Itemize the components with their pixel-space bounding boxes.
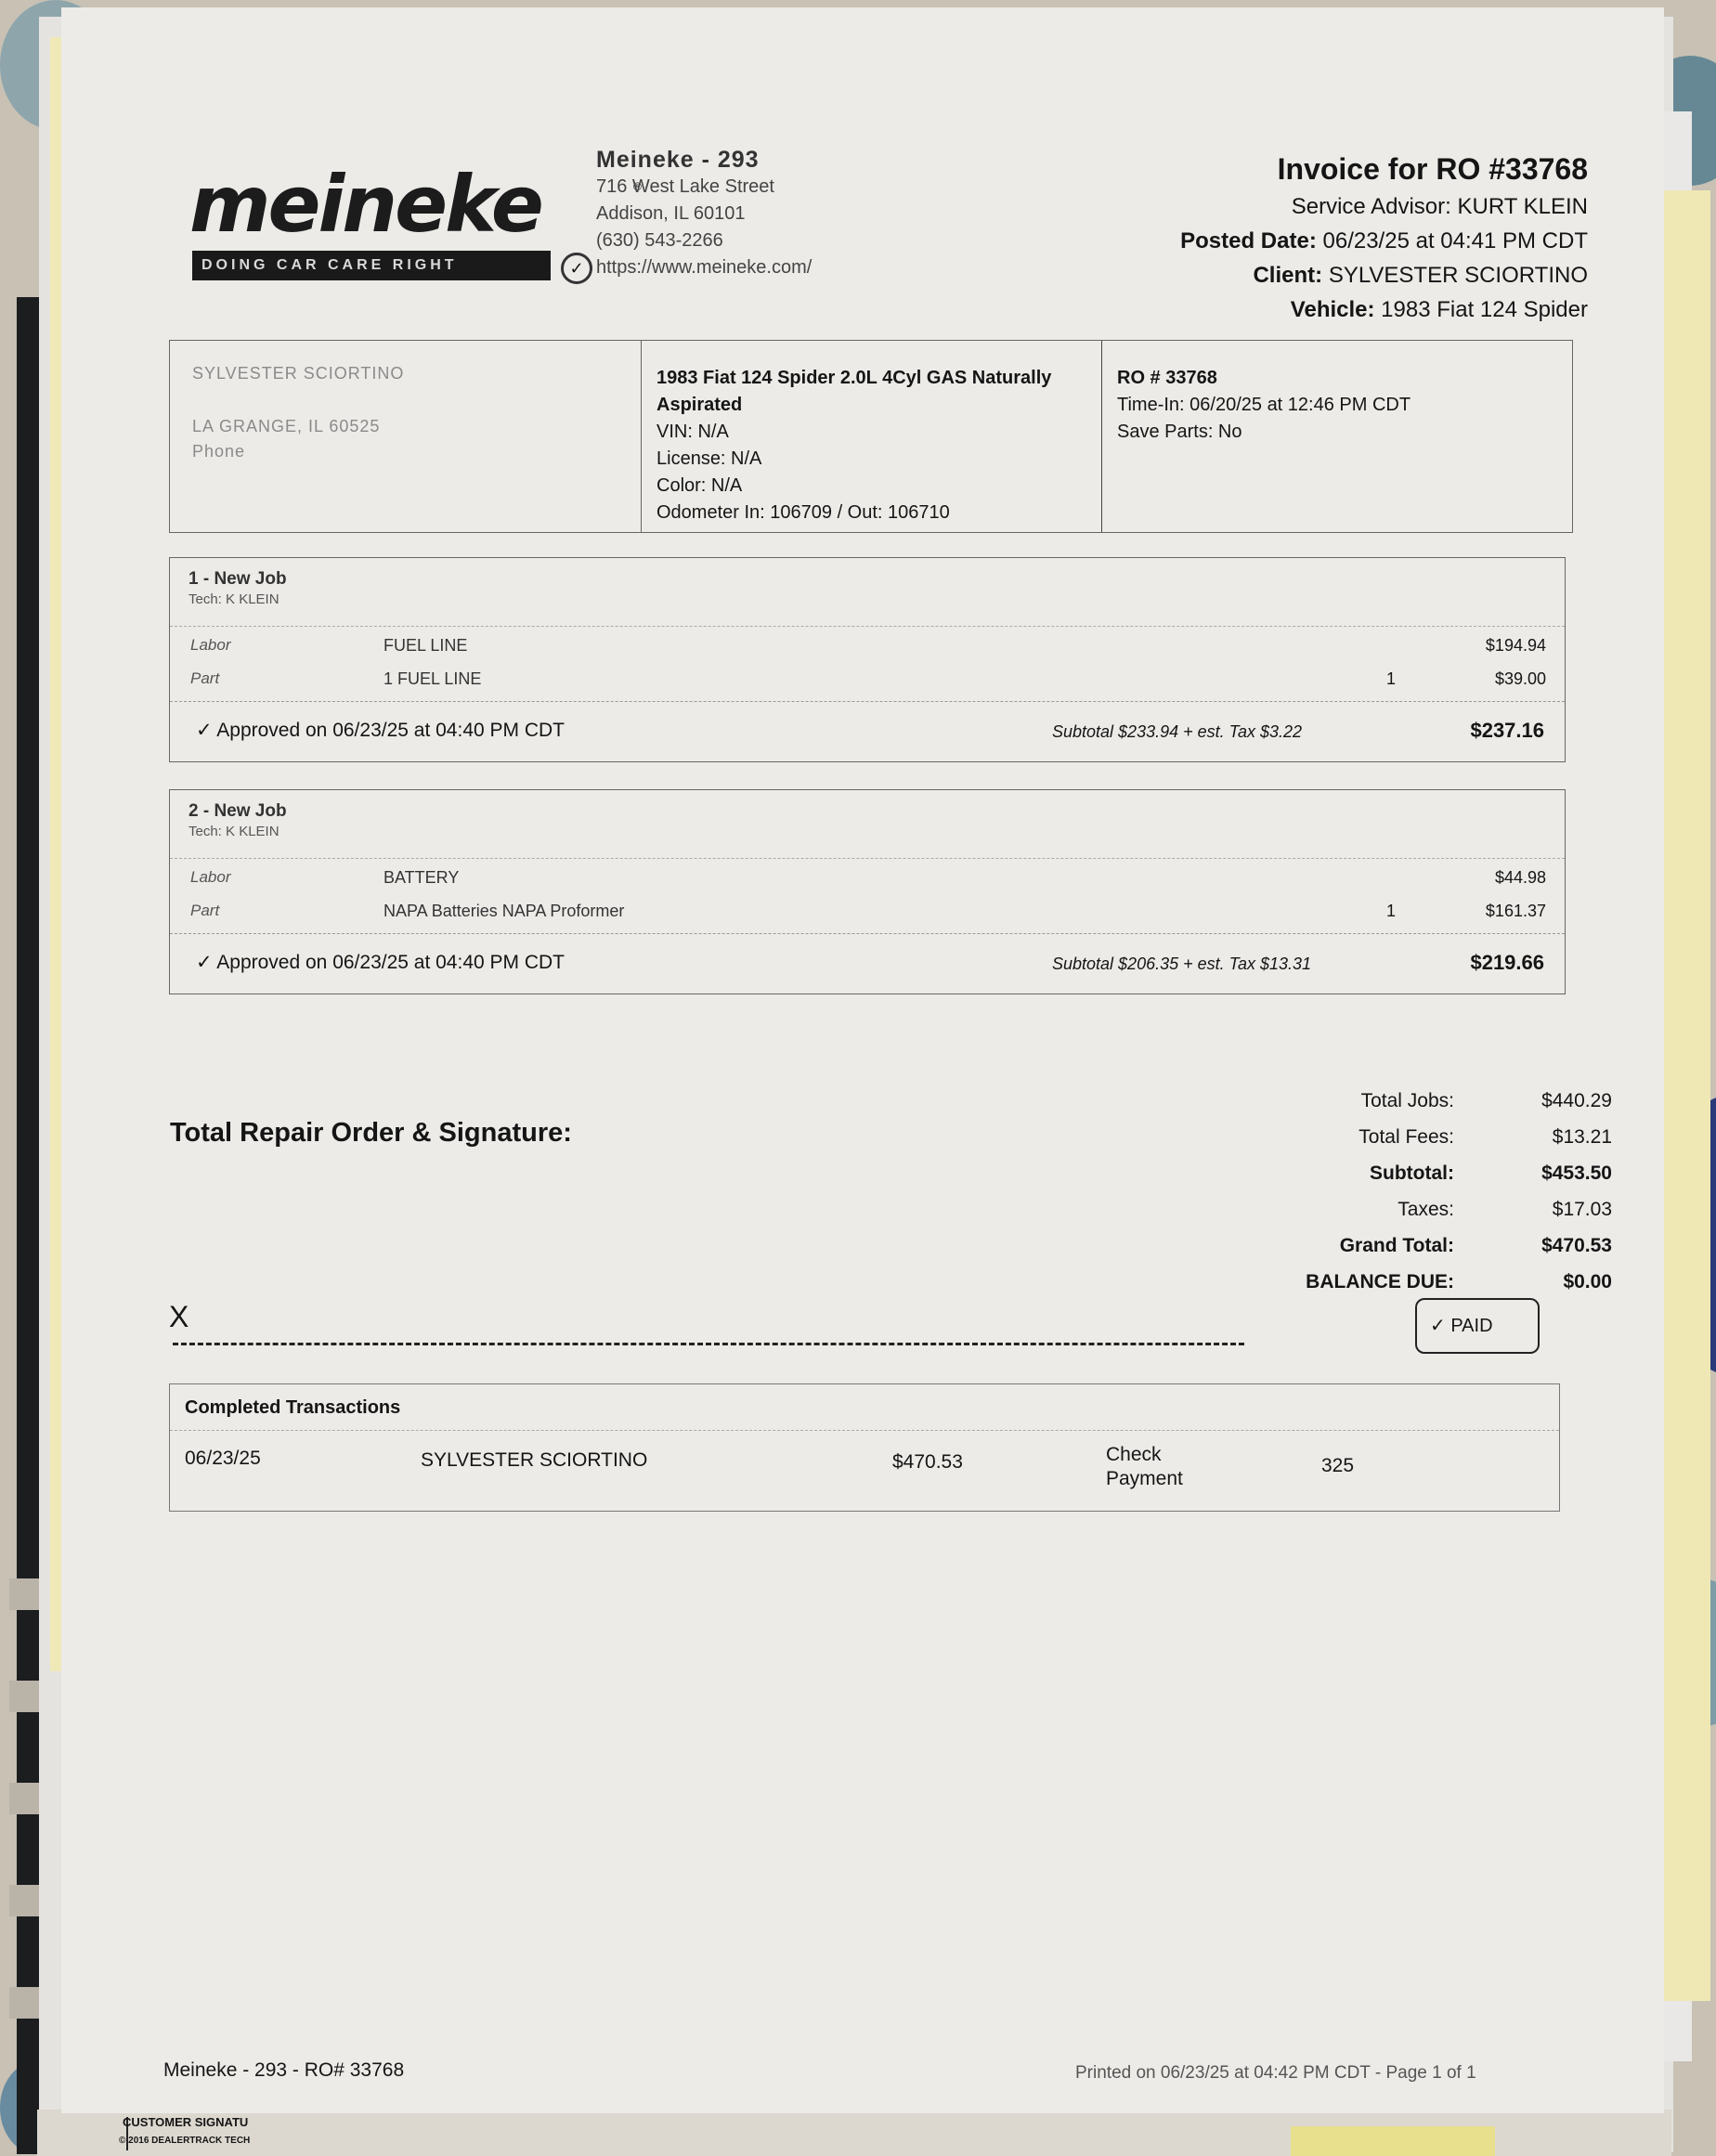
line-description: BATTERY [383,868,459,888]
approval-status: ✓ Approved on 06/23/25 at 04:40 PM CDT [196,951,565,974]
total-jobs-row: Total Jobs:$440.29 [1176,1084,1612,1121]
transaction-method-cont: Payment [1106,1468,1183,1490]
check-circle-icon: ✓ [561,253,592,284]
meineke-logo: meineke ® DOING CAR CARE RIGHT ✓ [189,165,541,243]
completed-transactions: Completed Transactions 06/23/25 SYLVESTE… [169,1383,1560,1512]
balance-due-row: BALANCE DUE:$0.00 [1176,1266,1612,1302]
job-total: $237.16 [1470,719,1544,743]
transaction-amount: $470.53 [892,1451,963,1474]
grand-total-row: Grand Total:$470.53 [1176,1229,1612,1266]
job-line: Part 1 FUEL LINE 1 $39.00 [170,664,1565,697]
line-description: NAPA Batteries NAPA Proformer [383,902,624,921]
vehicle-description: 1983 Fiat 124 Spider 2.0L 4Cyl GAS Natur… [656,365,1086,392]
order-info: RO # 33768 Time-In: 06/20/25 at 12:46 PM… [1102,341,1572,532]
paid-badge: ✓ PAID [1415,1298,1540,1354]
job-lines: Labor BATTERY $44.98 Part NAPA Batteries… [170,859,1565,934]
service-advisor-value: KURT KLEIN [1458,194,1589,219]
shop-website: https://www.meineke.com/ [596,254,812,281]
transactions-title: Completed Transactions [170,1384,1559,1431]
job-lines: Labor FUEL LINE $194.94 Part 1 FUEL LINE… [170,627,1565,702]
total-fees-row: Total Fees:$13.21 [1176,1121,1612,1157]
job-line: Labor BATTERY $44.98 [170,863,1565,896]
transaction-reference: 325 [1321,1455,1354,1477]
client-label: Client: [1253,263,1322,288]
line-type: Part [190,902,219,920]
invoice-title: Invoice for RO #33768 [1180,149,1588,189]
job-header: 2 - New Job Tech: K KLEIN [170,790,1565,859]
shop-phone: (630) 543-2266 [596,227,812,254]
total-label: Grand Total: [1340,1235,1454,1257]
job-card: 2 - New Job Tech: K KLEIN Labor BATTERY … [169,789,1566,994]
signature-mark: X [169,1300,188,1334]
line-qty: 1 [1386,669,1396,689]
vehicle-odometer: Odometer In: 106709 / Out: 106710 [656,500,1086,526]
job-card: 1 - New Job Tech: K KLEIN Labor FUEL LIN… [169,557,1566,762]
customer-info: SYLVESTER SCIORTINO LA GRANGE, IL 60525 … [170,341,642,532]
line-description: FUEL LINE [383,636,467,656]
ro-number: RO # 33768 [1117,365,1557,392]
job-line: Part NAPA Batteries NAPA Proformer 1 $16… [170,896,1565,929]
vehicle: Vehicle: 1983 Fiat 124 Spider [1180,292,1588,327]
line-type: Labor [190,868,230,887]
time-in: Time-In: 06/20/25 at 12:46 PM CDT [1117,392,1557,419]
total-label: BALANCE DUE: [1306,1271,1454,1293]
transaction-date: 06/23/25 [185,1448,261,1470]
job-tech: Tech: K KLEIN [188,824,1546,839]
underlying-label: CUSTOMER SIGNATU [123,2115,248,2129]
job-line: Labor FUEL LINE $194.94 [170,630,1565,664]
job-tech: Tech: K KLEIN [188,591,1546,607]
service-advisor-label: Service Advisor: [1292,194,1451,219]
line-type: Part [190,669,219,688]
transaction-name: SYLVESTER SCIORTINO [421,1449,647,1472]
job-footer: ✓ Approved on 06/23/25 at 04:40 PM CDT S… [170,934,1565,994]
posted-date: Posted Date: 06/23/25 at 04:41 PM CDT [1180,224,1588,258]
underlying-copyright: © 2016 DEALERTRACK TECH [119,2136,250,2146]
approval-status: ✓ Approved on 06/23/25 at 04:40 PM CDT [196,719,565,742]
total-value: $440.29 [1541,1090,1612,1112]
info-box: SYLVESTER SCIORTINO LA GRANGE, IL 60525 … [169,340,1573,533]
line-amount: $194.94 [1486,636,1546,656]
client-value: SYLVESTER SCIORTINO [1329,263,1588,288]
vehicle-description-cont: Aspirated [656,392,1086,419]
job-title: 2 - New Job [188,801,1546,822]
job-subtotal: Subtotal $233.94 + est. Tax $3.22 [1052,722,1302,742]
job-header: 1 - New Job Tech: K KLEIN [170,558,1565,627]
job-title: 1 - New Job [188,569,1546,590]
totals-summary: Total Jobs:$440.29 Total Fees:$13.21 Sub… [1176,1084,1612,1302]
vehicle-value: 1983 Fiat 124 Spider [1381,297,1588,322]
footer-ro: Meineke - 293 - RO# 33768 [163,2059,404,2082]
total-label: Taxes: [1397,1199,1454,1221]
vehicle-info: 1983 Fiat 124 Spider 2.0L 4Cyl GAS Natur… [642,341,1102,532]
total-value: $470.53 [1541,1235,1612,1257]
line-amount: $161.37 [1486,902,1546,921]
posted-date-label: Posted Date: [1180,228,1317,253]
yellow-tab [1291,2126,1495,2156]
total-value: $453.50 [1541,1162,1612,1185]
transaction-method: Check [1106,1444,1162,1466]
shop-info: Meineke - 293 716 West Lake Street Addis… [596,147,812,281]
signature-line[interactable] [173,1343,1244,1345]
total-value: $13.21 [1553,1126,1612,1149]
customer-phone-label: Phone [192,439,618,464]
shop-name: Meineke - 293 [596,147,812,174]
save-parts: Save Parts: No [1117,419,1557,446]
invoice-page: meineke ® DOING CAR CARE RIGHT ✓ Meineke… [61,7,1664,2113]
logo-tagline: DOING CAR CARE RIGHT [192,251,551,280]
posted-date-value: 06/23/25 at 04:41 PM CDT [1323,228,1589,253]
line-description: 1 FUEL LINE [383,669,481,689]
shop-address-line1: 716 West Lake Street [596,174,812,201]
line-qty: 1 [1386,902,1396,921]
taxes-row: Taxes:$17.03 [1176,1193,1612,1229]
service-advisor: Service Advisor: KURT KLEIN [1180,189,1588,224]
line-amount: $39.00 [1495,669,1546,689]
job-footer: ✓ Approved on 06/23/25 at 04:40 PM CDT S… [170,702,1565,761]
line-amount: $44.98 [1495,868,1546,888]
total-label: Total Fees: [1358,1126,1454,1149]
yellow-copy-sheet [1664,190,1710,2001]
total-value: $17.03 [1553,1199,1612,1221]
total-label: Subtotal: [1370,1162,1454,1185]
total-value: $0.00 [1563,1271,1612,1293]
vehicle-license: License: N/A [656,446,1086,473]
shop-address-line2: Addison, IL 60101 [596,201,812,227]
invoice-header: Invoice for RO #33768 Service Advisor: K… [1180,149,1588,327]
customer-city: LA GRANGE, IL 60525 [192,414,618,439]
job-subtotal: Subtotal $206.35 + est. Tax $13.31 [1052,955,1311,974]
footer-printed: Printed on 06/23/25 at 04:42 PM CDT - Pa… [1075,2063,1476,2084]
signature-section-title: Total Repair Order & Signature: [170,1118,572,1149]
subtotal-row: Subtotal:$453.50 [1176,1157,1612,1193]
vehicle-label: Vehicle: [1291,297,1375,322]
line-type: Labor [190,636,230,655]
client: Client: SYLVESTER SCIORTINO [1180,258,1588,292]
customer-name: SYLVESTER SCIORTINO [192,361,618,386]
vehicle-vin: VIN: N/A [656,419,1086,446]
vehicle-color: Color: N/A [656,473,1086,500]
logo-wordmark: meineke [189,165,541,243]
total-label: Total Jobs: [1361,1090,1454,1112]
job-total: $219.66 [1470,951,1544,975]
